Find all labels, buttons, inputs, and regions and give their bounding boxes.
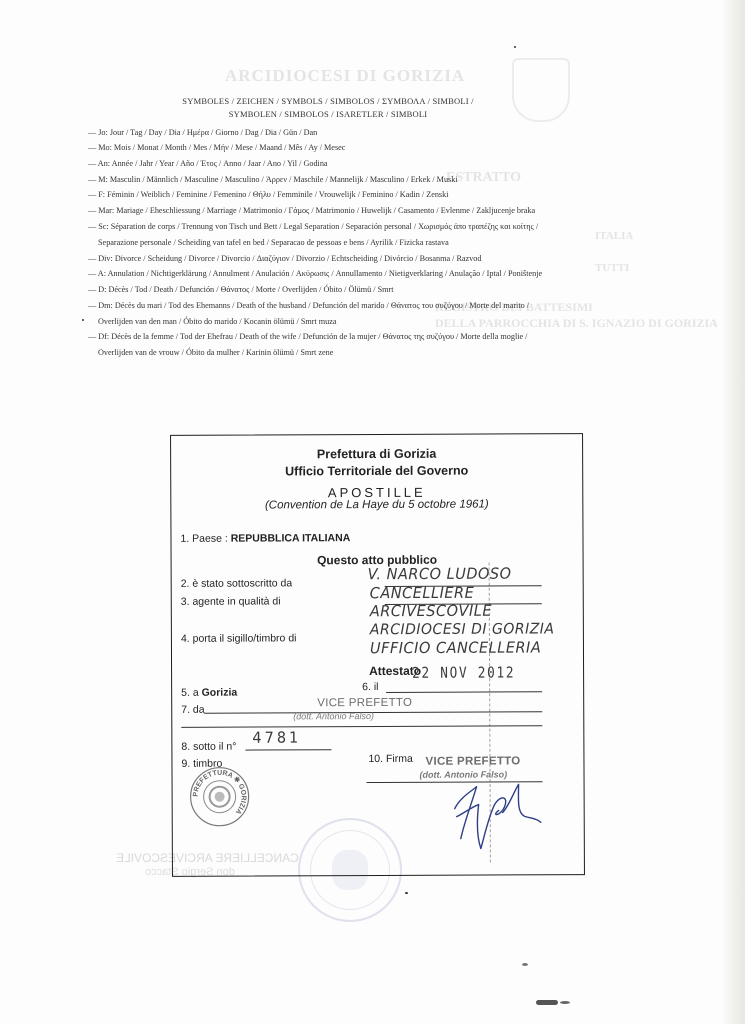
signature-label: 10. Firma (368, 753, 412, 765)
place-field: 5. a Gorizia (181, 687, 237, 699)
authority-line-1: Prefettura di Gorizia (171, 446, 582, 462)
symbol-row: — Jo: Jour / Tag / Day / Dia / Ημέρα / G… (88, 127, 588, 138)
seal-of-handwritten-1: ARCIDIOCESI DI GORIZIA (370, 621, 555, 639)
seal-of-handwritten-2: UFFICIO CANCELLERIA (370, 640, 541, 658)
handwritten-signature (443, 776, 543, 856)
symbol-row-continuation: Overlijden van de vrouw / Óbito da mulhe… (88, 347, 588, 358)
capacity-handwritten-1: CANCELLIERE (370, 585, 475, 602)
apostille-certificate: Prefettura di Gorizia Ufficio Territoria… (170, 433, 585, 877)
scan-smudge (522, 963, 528, 966)
capacity-label: 3. agente in qualità di (181, 595, 281, 607)
country-value: REPUBBLICA ITALIANA (231, 532, 351, 545)
vice-prefect-stamp: VICE PREFETTO (317, 697, 412, 709)
symbol-row-continuation: Overlijden van den man / Óbito do marido… (88, 316, 588, 327)
signed-by-handwritten: V. NARCO LUDOSO (368, 566, 512, 583)
scan-smudge (536, 1000, 558, 1005)
capacity-handwritten-2: ARCIVESCOVILE (370, 603, 492, 620)
symbol-row: — Sc: Séparation de corps / Trennung von… (88, 221, 588, 248)
authority-line-2: Ufficio Territoriale del Governo (171, 463, 582, 479)
date-label: 6. il (362, 681, 378, 693)
seal-of-label: 4. porta il sigillo/timbro di (181, 632, 297, 645)
public-act-heading: Questo atto pubblico (172, 552, 583, 568)
symbol-row: — Df: Décès de la femme / Tod der Ehefra… (88, 331, 588, 358)
by-label: 7. da (181, 704, 204, 716)
scan-speck (405, 892, 408, 894)
scan-speck (82, 319, 84, 321)
date-line (386, 691, 542, 693)
bleed-through-header: ARCIDIOCESI DI GORIZIA (225, 66, 465, 86)
vice-prefect-name: (dott. Antonio Falso) (293, 711, 374, 721)
scan-smudge (560, 1001, 570, 1004)
symbol-row-continuation: Separazione personale / Scheiding van ta… (88, 237, 588, 248)
symbol-row: — Mar: Mariage / Eheschliessung / Marria… (88, 205, 588, 216)
date-stamp: 22 NOV 2012 (412, 663, 515, 681)
country-field: 1. Paese : REPUBBLICA ITALIANA (180, 532, 350, 545)
symbols-rows: — Jo: Jour / Tag / Day / Dia / Ημέρα / G… (88, 127, 588, 359)
symbol-row: — Mo: Mois / Monat / Month / Mes / Μήν /… (88, 142, 588, 153)
bleed-through-snippet: TUTTI (595, 262, 629, 274)
prefecture-seal-icon: PREFETTURA ✱ GORIZIA (188, 766, 250, 828)
symbol-row: — A: Annulation / Nichtigerklärung / Ann… (88, 268, 588, 279)
by-line-2 (181, 725, 542, 728)
symbol-row: — Div: Divorce / Scheidung / Divorce / D… (88, 253, 588, 264)
number-line (245, 749, 331, 750)
signed-by-label: 2. è stato sottoscritto da (181, 577, 293, 589)
symbol-row: — An: Année / Jahr / Year / Año / Έτος /… (88, 158, 588, 169)
symbols-heading: SYMBOLES / ZEICHEN / SYMBOLS / SIMBOLOS … (88, 96, 568, 122)
place-value: Gorizia (202, 687, 238, 699)
bleed-through-snippet: ITALIA (595, 230, 633, 242)
scan-speck (514, 46, 516, 48)
symbol-row: — D: Décès / Tod / Death / Defunción / Θ… (88, 284, 588, 295)
number-handwritten: 4781 (252, 730, 301, 747)
scanner-edge (723, 0, 745, 1024)
number-label: 8. sotto il n° (181, 741, 236, 753)
vice-prefect-stamp-2: VICE PREFETTO (425, 755, 520, 767)
symbol-row: — F: Féminin / Weiblich / Feminine / Fem… (88, 189, 588, 200)
symbol-row: — Dm: Décès du mari / Tod des Ehemanns /… (88, 300, 588, 327)
symbol-row: — M: Masculin / Männlich / Masculine / M… (88, 174, 588, 185)
convention-reference: (Convention de La Haye du 5 octobre 1961… (171, 498, 582, 512)
symbols-legend: SYMBOLES / ZEICHEN / SYMBOLS / SIMBOLOS … (88, 96, 588, 358)
